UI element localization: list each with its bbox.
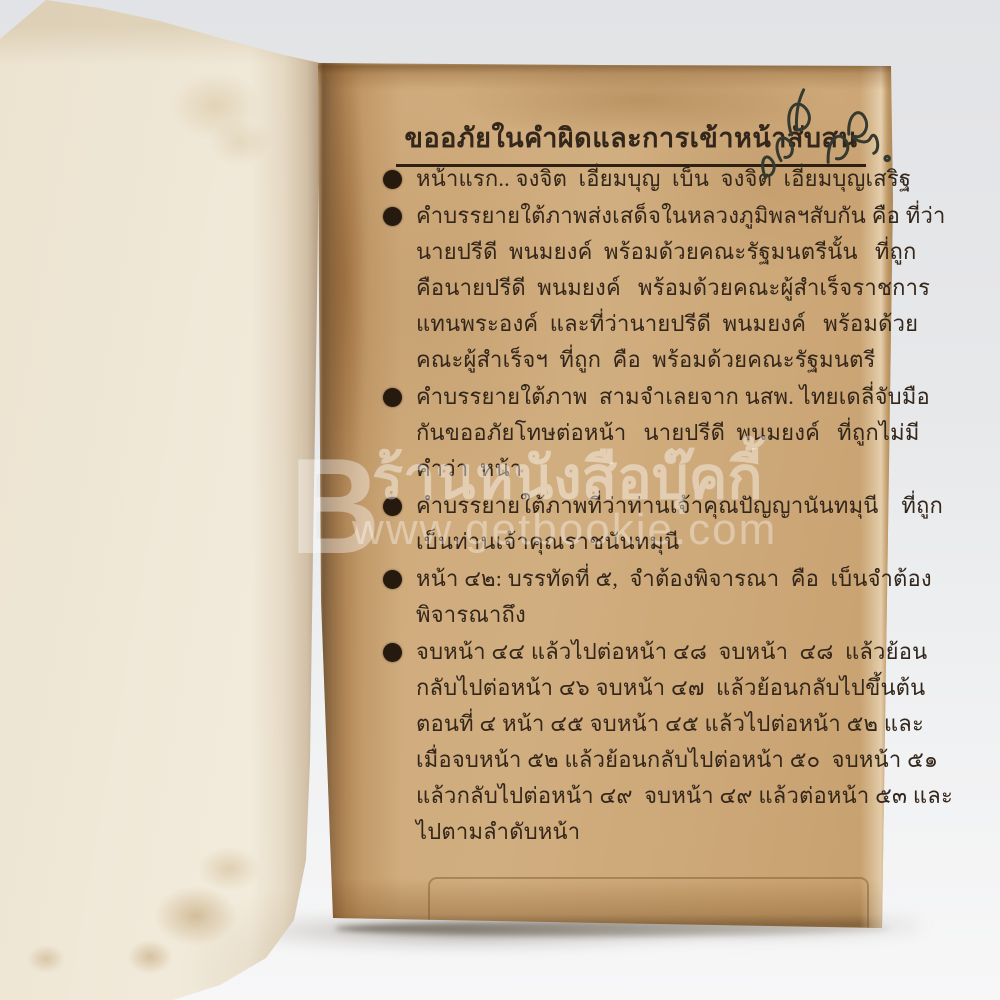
text-line: แล้วกลับไปต่อหน้า ๔๙ จบหน้า ๔๙ แล้วต่อหน… (416, 778, 953, 814)
text-line: นายปรีดี พนมยงค์ พร้อมด้วยคณะรัฐมนตรีนั้… (416, 234, 946, 270)
bullet-text: หน้า ๔๒: บรรทัดที่ ๕, จำต้องพิจารณา คือ … (416, 561, 932, 633)
text-line: พิจารณาถึง (416, 597, 932, 633)
text-line: กันขออภัยโทษต่อหน้า นายปรีดี พนมยงค์ ที่… (416, 415, 930, 451)
text-line: ไปตามลำดับหน้า (416, 814, 953, 850)
text-line: คำบรรยายใต้ภาพที่ว่าท่านเจ้าคุณปัญญานันท… (416, 488, 943, 524)
text-line: คำบรรยายใต้ภาพ สามจำเลยจาก นสพ. ไทยเดลี่… (416, 379, 930, 415)
bullet-text: คำบรรยายใต้ภาพส่งเสด็จในหลวงภูมิพลฯสับกั… (416, 198, 946, 378)
bullet-item: คำบรรยายใต้ภาพ สามจำเลยจาก นสพ. ไทยเดลี่… (383, 379, 878, 487)
text-line: แทนพระองค์ และที่ว่านายปรีดี พนมยงค์ พร้… (416, 306, 946, 342)
text-line: คือนายปรีดี พนมยงค์ พร้อมด้วยคณะผู้สำเร็… (416, 270, 946, 306)
bullet-dot-icon (383, 388, 402, 407)
bullet-text: คำบรรยายใต้ภาพ สามจำเลยจาก นสพ. ไทยเดลี่… (416, 379, 930, 487)
bullet-dot-icon (383, 497, 402, 516)
handwritten-annotation (726, 49, 915, 211)
bullet-item: คำบรรยายใต้ภาพที่ว่าท่านเจ้าคุณปัญญานันท… (383, 488, 878, 560)
bullet-text: คำบรรยายใต้ภาพที่ว่าท่านเจ้าคุณปัญญานันท… (416, 488, 943, 560)
text-line: จบหน้า ๔๔ แล้วไปต่อหน้า ๔๘ จบหน้า ๔๘ แล้… (416, 634, 953, 670)
text-line: เบ็นท่านเจ้าคุณราชนันทมุนี (416, 524, 943, 560)
text-line: คำบรรยายใต้ภาพส่งเสด็จในหลวงภูมิพลฯสับกั… (416, 198, 946, 234)
bullet-dot-icon (383, 170, 402, 189)
bullet-item: จบหน้า ๔๔ แล้วไปต่อหน้า ๔๘ จบหน้า ๔๘ แล้… (383, 634, 878, 850)
bullet-dot-icon (383, 570, 402, 589)
book-photo: ขออภัยในคำผิดและการเข้าหน้าสับสน หน้าแรก… (0, 0, 1000, 1000)
bullet-dot-icon (383, 207, 402, 226)
text-line: หน้า ๔๒: บรรทัดที่ ๕, จำต้องพิจารณา คือ … (416, 561, 932, 597)
bullet-item: หน้า ๔๒: บรรทัดที่ ๕, จำต้องพิจารณา คือ … (383, 561, 878, 633)
text-line: เมื่อจบหน้า ๕๒ แล้วย้อนกลับไปต่อหน้า ๕๐ … (416, 742, 953, 778)
bullet-item: คำบรรยายใต้ภาพส่งเสด็จในหลวงภูมิพลฯสับกั… (383, 198, 878, 378)
bullet-dot-icon (383, 643, 402, 662)
bullet-text: จบหน้า ๔๔ แล้วไปต่อหน้า ๔๘ จบหน้า ๔๘ แล้… (416, 634, 953, 850)
bullet-list: หน้าแรก.. จงจิต เอี่ยมบุญ เบ็น จงจิต เอี… (383, 161, 878, 851)
text-line: คณะผู้สำเร็จฯ ที่ถูก คือ พร้อมด้วยคณะรัฐ… (416, 342, 946, 378)
text-line: ตอนที่ ๔ หน้า ๔๕ จบหน้า ๔๕ แล้วไปต่อหน้า… (416, 706, 953, 742)
text-line: คำว่า หน้า (416, 451, 930, 487)
text-line: กลับไปต่อหน้า ๔๖ จบหน้า ๔๗ แล้วย้อนกลับไ… (416, 670, 953, 706)
